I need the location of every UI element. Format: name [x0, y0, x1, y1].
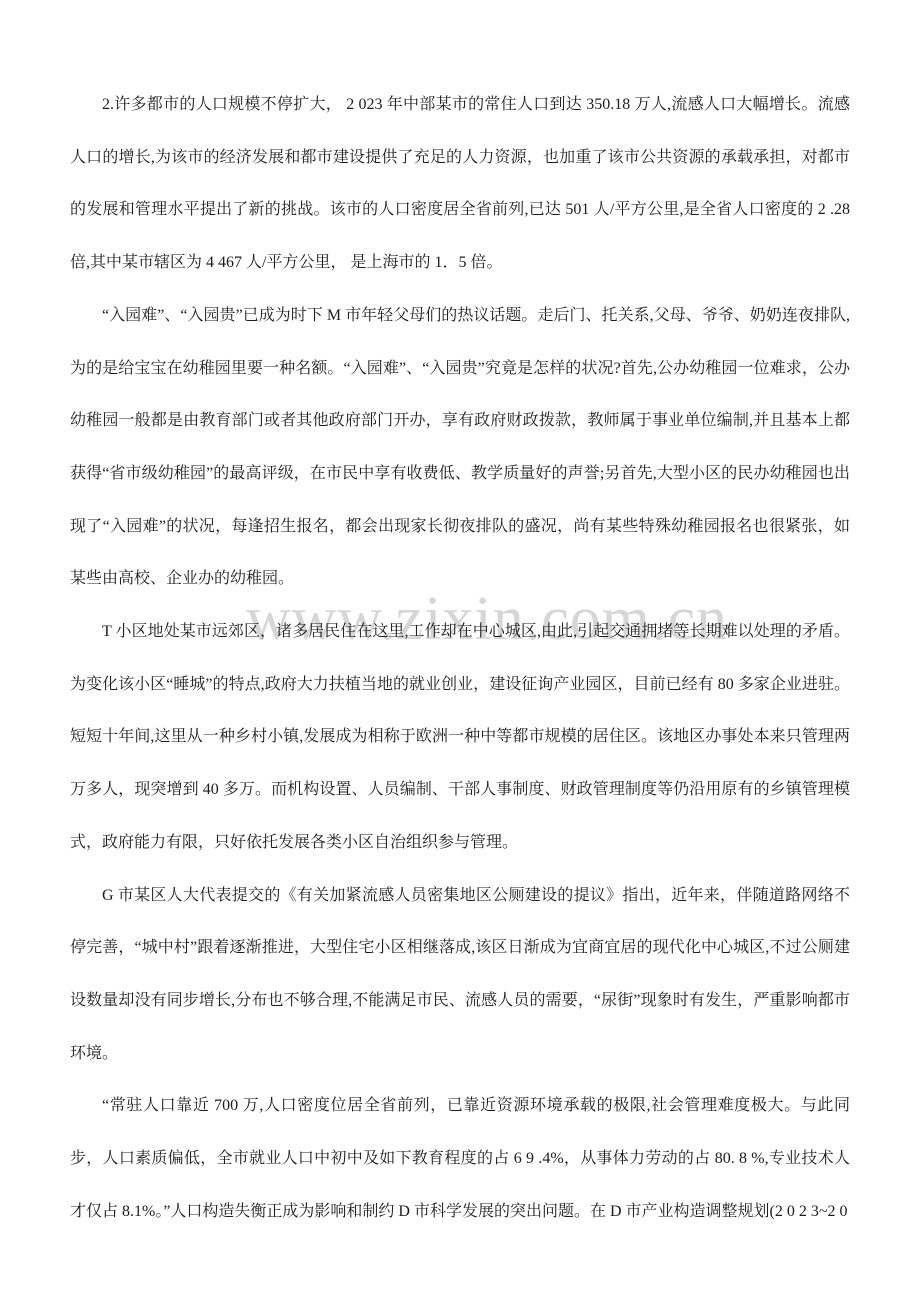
document-page: www.zixin.com.cn 2.许多都市的人口规模不停扩大， 2 023 … — [0, 0, 920, 1302]
paragraph-public-toilets: G 市某区人大代表提交的《有关加紧流感人员密集地区公厕建设的提议》指出，近年来，… — [70, 870, 850, 1081]
document-body: 2.许多都市的人口规模不停扩大， 2 023 年中部某市的常住人口到达 350.… — [70, 79, 850, 1238]
paragraph-population-structure: “常驻人口靠近 700 万,人口密度位居全省前列，已靠近资源环境承载的极限,社会… — [70, 1080, 850, 1238]
paragraph-population-growth: 2.许多都市的人口规模不停扩大， 2 023 年中部某市的常住人口到达 350.… — [70, 79, 850, 290]
paragraph-kindergarten-admission: “入园难”、“入园贵”已成为时下 M 市年轻父母们的热议话题。走后门、托关系,父… — [70, 290, 850, 606]
paragraph-t-community: T 小区地处某市远郊区，诸多居民住在这里,工作却在中心城区,由此,引起交通拥堵等… — [70, 606, 850, 870]
